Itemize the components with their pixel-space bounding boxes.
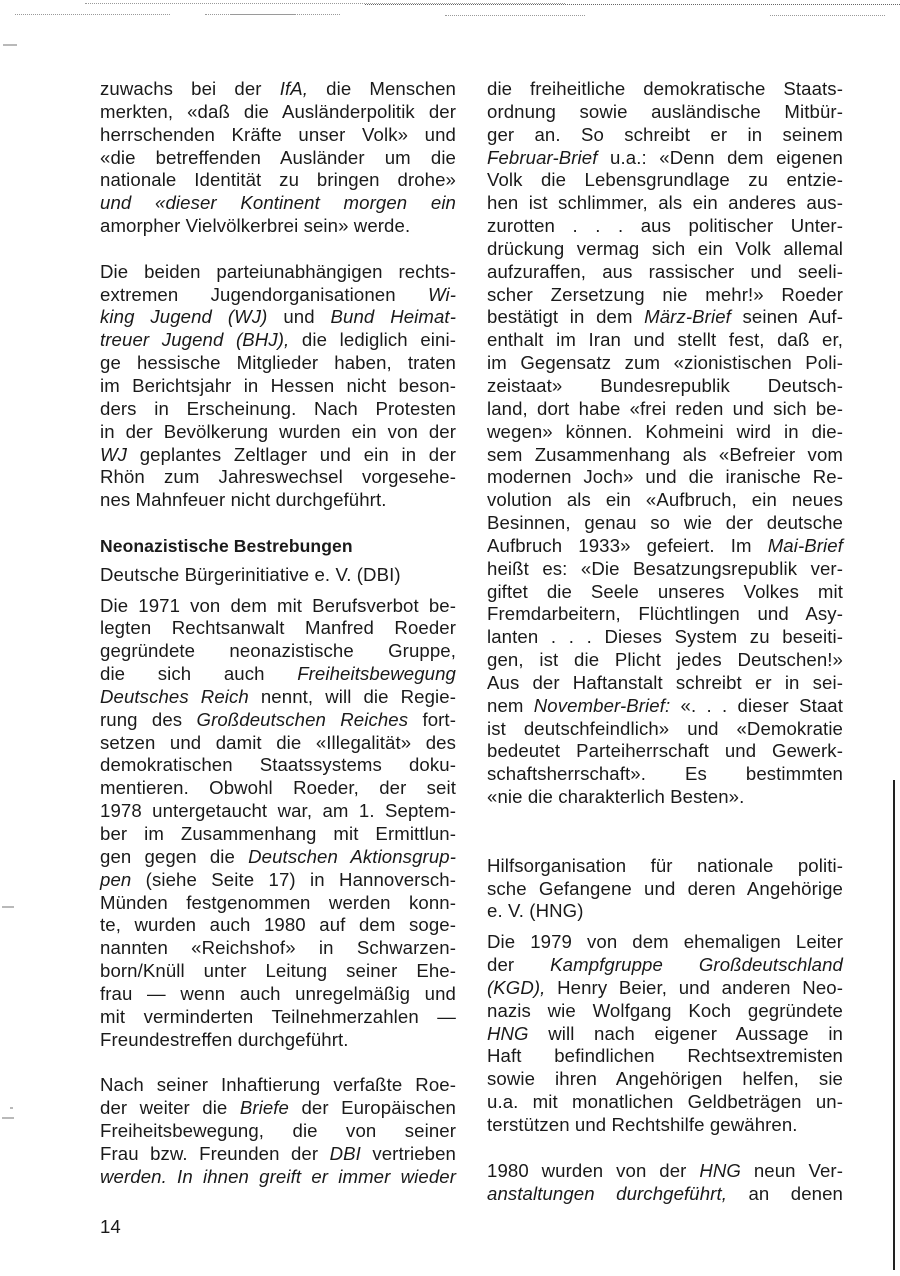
text-line: rung des Großdeutschen Reiches fort-: [100, 709, 456, 732]
text-line: amorpher Vielvölkerbrei sein» werde.: [100, 215, 456, 238]
text-line: nannten «Reichshof» in Schwarzen-: [100, 937, 456, 960]
text-line: WJ geplantes Zeltlager und ein in der: [100, 444, 456, 467]
text-line: land, dort habe «frei reden und sich be-: [487, 398, 843, 421]
italic-text: Deutschen Aktionsgrup-: [248, 846, 456, 867]
text-line: scher Zersetzung nie mehr!» Roeder: [487, 284, 843, 307]
text-run: drückung vermag sich ein Volk allemal: [487, 238, 843, 259]
text-line: werden. In ihnen greift er immer wieder: [100, 1166, 456, 1189]
text-line: herrschenden Kräfte unser Volk» und: [100, 124, 456, 147]
text-line: zurotten . . . aus politischer Unter-: [487, 215, 843, 238]
scan-dotted-line: [770, 15, 885, 17]
text-line: und «dieser Kontinent morgen ein: [100, 192, 456, 215]
italic-text: WJ: [100, 444, 127, 465]
text-run: die freiheitliche demokratische Staats-: [487, 78, 843, 99]
text-line: merkten, «daß die Ausländerpolitik der: [100, 101, 456, 124]
italic-text: treuer Jugend (BHJ),: [100, 329, 289, 350]
text-line: bedeutet Parteiherrschaft und Gewerk-: [487, 740, 843, 763]
text-run: Fremdarbeitern, Flüchtlingen und Asy-: [487, 603, 843, 624]
paragraph: zuwachs bei der IfA, die Menschenmerkten…: [100, 78, 456, 238]
text-line: die sich auch Freiheitsbewegung: [100, 663, 456, 686]
text-line: treuer Jugend (BHJ), die lediglich eini-: [100, 329, 456, 352]
text-line: hen ist schlimmer, als ein anderes aus-: [487, 192, 843, 215]
text-line: Rhön zum Jahreswechsel vorgesehe-: [100, 466, 456, 489]
text-line: pen (siehe Seite 17) in Hannoversch-: [100, 869, 456, 892]
scan-dotted-line: [230, 14, 340, 16]
text-line: im Gegensatz zum «zionistischen Poli-: [487, 352, 843, 375]
text-line: born/Knüll unter Leitung seiner Ehe-: [100, 960, 456, 983]
text-run: born/Knüll unter Leitung seiner Ehe-: [100, 960, 456, 981]
text-line: drückung vermag sich ein Volk allemal: [487, 238, 843, 261]
text-line: terstützen und Rechtshilfe gewähren.: [487, 1114, 843, 1137]
text-line: demokratischen Staatssystems doku-: [100, 754, 456, 777]
text-run: zeistaat» Bundesrepublik Deutsch-: [487, 375, 843, 396]
italic-text: Kampfgruppe Großdeutschland: [550, 954, 843, 975]
scan-speck: [2, 1117, 14, 1119]
text-line: king Jugend (WJ) und Bund Heimat-: [100, 306, 456, 329]
paragraph-spacer: [487, 1137, 843, 1160]
text-run: Münden festgenommen werden konn-: [100, 892, 456, 913]
text-run: Besinnen, genau so wie der deutsche: [487, 512, 843, 533]
text-run: u.a. mit monatlichen Geldbeträgen un-: [487, 1091, 843, 1112]
text-line: nazis wie Wolfgang Koch gegründete: [487, 1000, 843, 1023]
text-run: will nach eigener Aussage in: [529, 1023, 843, 1044]
paragraph-spacer: [487, 809, 843, 832]
text-line: 1978 untergetaucht war, am 1. Septem-: [100, 800, 456, 823]
italic-text: king Jugend (WJ): [100, 306, 267, 327]
paragraph-spacer: [100, 238, 456, 261]
text-line: ist deutschfeindlich» und «Demokratie: [487, 718, 843, 741]
heading-line: e. V. (HNG): [487, 900, 843, 923]
text-run: Freiheitsbewegung, die von seiner: [100, 1120, 456, 1141]
paragraph: 1980 wurden von der HNG neun Ver-anstalt…: [487, 1160, 843, 1206]
text-line: «die betreffenden Ausländer um die: [100, 147, 456, 170]
italic-text: Wi-: [428, 284, 456, 305]
text-line: heißt es: «Die Besatzungsrepublik ver-: [487, 558, 843, 581]
text-run: an denen: [727, 1183, 843, 1204]
text-run: gegründete neonazistische Gruppe,: [100, 640, 456, 661]
italic-text: (KGD),: [487, 977, 545, 998]
scan-dotted-line: [445, 15, 585, 17]
text-run: geplantes Zeltlager und ein in der: [127, 444, 456, 465]
text-line: ordnung sowie ausländische Mitbür-: [487, 101, 843, 124]
text-line: te, wurden auch 1980 auf dem soge-: [100, 914, 456, 937]
text-line: gen gegen die Deutschen Aktionsgrup-: [100, 846, 456, 869]
text-run: die sich auch: [100, 663, 297, 684]
text-run: zuwachs bei der: [100, 78, 280, 99]
text-run: volution als ein «Aufbruch, ein neues: [487, 489, 843, 510]
text-run: die Menschen: [308, 78, 456, 99]
text-line: Die beiden parteiunabhängigen rechts-: [100, 261, 456, 284]
text-run: Rhön zum Jahreswechsel vorgesehe-: [100, 466, 456, 487]
text-line: Freundestreffen durchgeführt.: [100, 1029, 456, 1052]
paragraph: Die beiden parteiunabhängigen rechts-ext…: [100, 261, 456, 512]
italic-text: Briefe: [240, 1097, 289, 1118]
text-run: terstützen und Rechtshilfe gewähren.: [487, 1114, 798, 1135]
italic-text: HNG: [487, 1023, 529, 1044]
text-run: die lediglich eini-: [289, 329, 456, 350]
text-line: gen, ist die Plicht jedes Deutschen!»: [487, 649, 843, 672]
text-run: zurotten . . . aus politischer Unter-: [487, 215, 843, 236]
text-run: heißt es: «Die Besatzungsrepublik ver-: [487, 558, 843, 579]
text-run: Nach seiner Inhaftierung verfaßte Roe-: [100, 1074, 456, 1095]
page-edge-rule: [893, 780, 895, 1270]
text-run: amorpher Vielvölkerbrei sein» werde.: [100, 215, 410, 236]
text-run: ber im Zusammenhang mit Ermittlun-: [100, 823, 456, 844]
organization-heading: Deutsche Bürgerinitiative e. V. (DBI): [100, 564, 456, 587]
organization-heading: Hilfsorganisation für nationale politi-s…: [487, 855, 843, 924]
text-line: aufzuraffen, aus rassischer und seeli-: [487, 261, 843, 284]
text-run: bedeutet Parteiherrschaft und Gewerk-: [487, 740, 843, 761]
italic-text: und «dieser Kontinent morgen ein: [100, 192, 456, 213]
text-run: im Berichtsjahr in Hessen nicht beson-: [100, 375, 456, 396]
text-run: Die 1979 von dem ehemaligen Leiter: [487, 931, 843, 952]
text-run: ist deutschfeindlich» und «Demokratie: [487, 718, 843, 739]
text-line: HNG will nach eigener Aussage in: [487, 1023, 843, 1046]
text-run: nem: [487, 695, 534, 716]
text-run: setzen und damit die «Illegalität» des: [100, 732, 456, 753]
italic-text: Großdeutschen Reiches: [197, 709, 409, 730]
text-run: demokratischen Staatssystems doku-: [100, 754, 456, 775]
text-run: neun Ver-: [741, 1160, 843, 1181]
text-line: ge hessische Mitglieder haben, traten: [100, 352, 456, 375]
text-line: enthalt im Iran und stellt fest, daß er,: [487, 329, 843, 352]
text-run: wegen» können. Kohmeini wird in die-: [487, 421, 843, 442]
left-column: zuwachs bei der IfA, die Menschenmerkten…: [100, 78, 456, 1189]
text-line: setzen und damit die «Illegalität» des: [100, 732, 456, 755]
text-run: seinen Auf-: [731, 306, 843, 327]
text-run: te, wurden auch 1980 auf dem soge-: [100, 914, 456, 935]
italic-text: November-Brief:: [534, 695, 671, 716]
italic-text: Freiheitsbewegung: [297, 663, 456, 684]
text-line: u.a. mit monatlichen Geldbeträgen un-: [487, 1091, 843, 1114]
italic-text: Bund Heimat-: [331, 306, 456, 327]
text-run: 1980 wurden von der: [487, 1160, 699, 1181]
text-run: nes Mahnfeuer nicht durchgeführt.: [100, 489, 387, 510]
text-run: (siehe Seite 17) in Hannoversch-: [131, 869, 456, 890]
text-run: modernen Joch» und die iranische Re-: [487, 466, 843, 487]
text-line: Februar-Brief u.a.: «Denn dem eigenen: [487, 147, 843, 170]
text-line: nem November-Brief: «. . . dieser Staat: [487, 695, 843, 718]
text-run: sowie ihren Angehörigen helfen, sie: [487, 1068, 843, 1089]
text-run: schaftsherrschaft». Es bestimmten: [487, 763, 843, 784]
text-run: Aufbruch 1933» gefeiert. Im: [487, 535, 768, 556]
text-line: in der Bevölkerung wurden ein von der: [100, 421, 456, 444]
text-line: zeistaat» Bundesrepublik Deutsch-: [487, 375, 843, 398]
text-line: Münden festgenommen werden konn-: [100, 892, 456, 915]
text-run: in der Bevölkerung wurden ein von der: [100, 421, 456, 442]
text-line: 1980 wurden von der HNG neun Ver-: [487, 1160, 843, 1183]
text-line: Frau bzw. Freunden der DBI vertrieben: [100, 1143, 456, 1166]
text-run: der Europäischen: [289, 1097, 456, 1118]
text-run: scher Zersetzung nie mehr!» Roeder: [487, 284, 843, 305]
text-line: Die 1979 von dem ehemaligen Leiter: [487, 931, 843, 954]
text-run: bestätigt in dem: [487, 306, 644, 327]
text-run: herrschenden Kräfte unser Volk» und: [100, 124, 456, 145]
text-line: Nach seiner Inhaftierung verfaßte Roe-: [100, 1074, 456, 1097]
text-run: mentieren. Obwohl Roeder, der seit: [100, 777, 456, 798]
text-run: vertrieben: [361, 1143, 456, 1164]
scan-speck: [10, 1107, 13, 1109]
text-line: Besinnen, genau so wie der deutsche: [487, 512, 843, 535]
paragraph: die freiheitliche demokratische Staats-o…: [487, 78, 843, 809]
text-run: ordnung sowie ausländische Mitbür-: [487, 101, 843, 122]
text-run: ger an. So schreibt er in seinem: [487, 124, 843, 145]
text-run: Die beiden parteiunabhängigen rechts-: [100, 261, 456, 282]
text-run: giftet die Seele unseres Volkes mit: [487, 581, 843, 602]
text-line: ber im Zusammenhang mit Ermittlun-: [100, 823, 456, 846]
text-run: u.a.: «Denn dem eigenen: [598, 147, 844, 168]
text-line: Aus der Haftanstalt schreibt er in sei-: [487, 672, 843, 695]
paragraph-spacer: [487, 832, 843, 855]
text-line: nationale Identität zu bringen drohe»: [100, 169, 456, 192]
text-run: sem Zusammenhang als «Befreier vom: [487, 444, 843, 465]
italic-text: IfA,: [280, 78, 308, 99]
paragraph: Nach seiner Inhaftierung verfaßte Roe-de…: [100, 1074, 456, 1188]
text-run: Die 1971 von dem mit Berufsverbot be-: [100, 595, 456, 616]
text-run: Henry Beier, und anderen Neo-: [545, 977, 843, 998]
text-line: frau — wenn auch unregelmäßig und: [100, 983, 456, 1006]
text-line: (KGD), Henry Beier, und anderen Neo-: [487, 977, 843, 1000]
paragraph: Die 1979 von dem ehemaligen Leiterder Ka…: [487, 931, 843, 1137]
text-run: Aus der Haftanstalt schreibt er in sei-: [487, 672, 843, 693]
text-run: land, dort habe «frei reden und sich be-: [487, 398, 843, 419]
text-run: lanten . . . Dieses System zu beseiti-: [487, 626, 843, 647]
text-line: Deutsches Reich nennt, will die Regie-: [100, 686, 456, 709]
text-line: gegründete neonazistische Gruppe,: [100, 640, 456, 663]
text-run: hen ist schlimmer, als ein anderes aus-: [487, 192, 843, 213]
text-run: der: [487, 954, 550, 975]
italic-text: Mai-Brief: [768, 535, 843, 556]
italic-text: werden. In ihnen greift er immer wieder: [100, 1166, 456, 1187]
text-line: «nie die charakterlich Besten».: [487, 786, 843, 809]
text-run: fort-: [408, 709, 456, 730]
right-column: die freiheitliche demokratische Staats-o…: [487, 78, 843, 1205]
text-line: anstaltungen durchgeführt, an denen: [487, 1183, 843, 1206]
text-line: Die 1971 von dem mit Berufsverbot be-: [100, 595, 456, 618]
text-line: wegen» können. Kohmeini wird in die-: [487, 421, 843, 444]
text-line: Aufbruch 1933» gefeiert. Im Mai-Brief: [487, 535, 843, 558]
text-line: Haft befindlichen Rechtsextremisten: [487, 1045, 843, 1068]
text-run: nazis wie Wolfgang Koch gegründete: [487, 1000, 843, 1021]
paragraph: Die 1971 von dem mit Berufsverbot be-leg…: [100, 595, 456, 1052]
text-line: zuwachs bei der IfA, die Menschen: [100, 78, 456, 101]
text-line: mentieren. Obwohl Roeder, der seit: [100, 777, 456, 800]
text-run: Volk die Lebensgrundlage zu entzie-: [487, 169, 843, 190]
page-number: 14: [100, 1216, 121, 1238]
text-line: Freiheitsbewegung, die von seiner: [100, 1120, 456, 1143]
paragraph-spacer: [100, 512, 456, 535]
text-run: «nie die charakterlich Besten».: [487, 786, 744, 807]
text-run: aufzuraffen, aus rassischer und seeli-: [487, 261, 843, 282]
text-line: extremen Jugendorganisationen Wi-: [100, 284, 456, 307]
text-line: Fremdarbeitern, Flüchtlingen und Asy-: [487, 603, 843, 626]
text-run: enthalt im Iran und stellt fest, daß er,: [487, 329, 843, 350]
text-line: nes Mahnfeuer nicht durchgeführt.: [100, 489, 456, 512]
scan-dotted-line: [365, 4, 900, 6]
scan-speck: [2, 906, 14, 908]
text-line: sowie ihren Angehörigen helfen, sie: [487, 1068, 843, 1091]
text-run: mit verminderten Teilnehmerzahlen —: [100, 1006, 456, 1027]
text-line: der Kampfgruppe Großdeutschland: [487, 954, 843, 977]
text-run: gen, ist die Plicht jedes Deutschen!»: [487, 649, 843, 670]
text-run: nationale Identität zu bringen drohe»: [100, 169, 456, 190]
text-run: der weiter die: [100, 1097, 240, 1118]
text-line: modernen Joch» und die iranische Re-: [487, 466, 843, 489]
text-line: giftet die Seele unseres Volkes mit: [487, 581, 843, 604]
italic-text: HNG: [699, 1160, 741, 1181]
text-line: ger an. So schreibt er in seinem: [487, 124, 843, 147]
text-line: volution als ein «Aufbruch, ein neues: [487, 489, 843, 512]
text-line: lanten . . . Dieses System zu beseiti-: [487, 626, 843, 649]
text-line: schaftsherrschaft». Es bestimmten: [487, 763, 843, 786]
italic-text: März-Brief: [644, 306, 731, 327]
scan-edge-artifact: [0, 0, 900, 22]
text-line: mit verminderten Teilnehmerzahlen —: [100, 1006, 456, 1029]
text-line: die freiheitliche demokratische Staats-: [487, 78, 843, 101]
text-run: Haft befindlichen Rechtsextremisten: [487, 1045, 843, 1066]
text-run: «. . . dieser Staat: [670, 695, 843, 716]
italic-text: Deutsches Reich: [100, 686, 249, 707]
text-run: im Gegensatz zum «zionistischen Poli-: [487, 352, 843, 373]
scan-dotted-line: [15, 14, 170, 16]
italic-text: anstaltungen durchgeführt,: [487, 1183, 727, 1204]
text-run: nannten «Reichshof» in Schwarzen-: [100, 937, 456, 958]
text-run: extremen Jugendorganisationen: [100, 284, 428, 305]
section-heading: Neonazistische Bestrebungen: [100, 535, 456, 558]
text-run: ders in Erscheinung. Nach Protesten: [100, 398, 456, 419]
italic-text: DBI: [330, 1143, 361, 1164]
text-run: Frau bzw. Freunden der: [100, 1143, 330, 1164]
text-run: gen gegen die: [100, 846, 248, 867]
text-line: sem Zusammenhang als «Befreier vom: [487, 444, 843, 467]
text-run: rung des: [100, 709, 197, 730]
text-run: frau — wenn auch unregelmäßig und: [100, 983, 456, 1004]
text-run: nennt, will die Regie-: [249, 686, 456, 707]
text-line: im Berichtsjahr in Hessen nicht beson-: [100, 375, 456, 398]
text-line: der weiter die Briefe der Europäischen: [100, 1097, 456, 1120]
italic-text: pen: [100, 869, 131, 890]
text-run: Freundestreffen durchgeführt.: [100, 1029, 349, 1050]
text-run: ge hessische Mitglieder haben, traten: [100, 352, 456, 373]
text-line: Volk die Lebensgrundlage zu entzie-: [487, 169, 843, 192]
scan-speck: [3, 44, 17, 46]
paragraph-spacer: [100, 1051, 456, 1074]
text-run: «die betreffenden Ausländer um die: [100, 147, 456, 168]
text-run: legten Rechtsanwalt Manfred Roeder: [100, 617, 456, 638]
text-line: ders in Erscheinung. Nach Protesten: [100, 398, 456, 421]
text-run: und: [267, 306, 330, 327]
text-run: 1978 untergetaucht war, am 1. Septem-: [100, 800, 456, 821]
heading-line: Hilfsorganisation für nationale politi-: [487, 855, 843, 878]
text-line: bestätigt in dem März-Brief seinen Auf-: [487, 306, 843, 329]
text-line: legten Rechtsanwalt Manfred Roeder: [100, 617, 456, 640]
italic-text: Februar-Brief: [487, 147, 598, 168]
heading-line: sche Gefangene und deren Angehörige: [487, 878, 843, 901]
text-run: merkten, «daß die Ausländerpolitik der: [100, 101, 456, 122]
